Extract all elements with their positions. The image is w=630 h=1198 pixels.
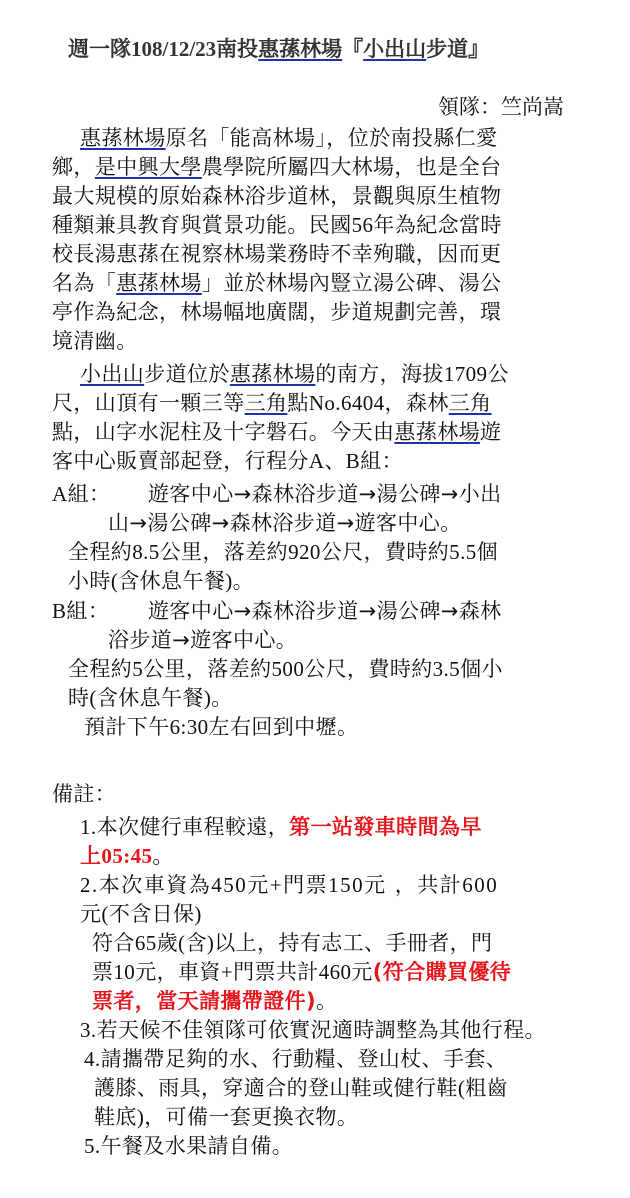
text: 歲	[157, 931, 178, 955]
text: 請攜帶足夠的水、行動糧、登山杖、手套、	[101, 1047, 508, 1071]
highlight-departure: 上	[80, 844, 101, 868]
text: 公里，落差約	[160, 540, 288, 564]
ticket-fee: 150	[328, 873, 364, 897]
group-a-route-1: 遊客中心→森林浴步道→湯公碑→小出	[148, 480, 502, 508]
intro-line-1: 惠蓀林場原名「能高林場」，位於南投縣仁愛	[80, 124, 498, 152]
text: 步道位於	[144, 362, 230, 386]
text: 個小	[460, 657, 503, 681]
return-time: 預計下午6:30左右回到中壢。	[84, 713, 358, 741]
text: 本次車資為	[99, 873, 212, 897]
text: 元，車資	[135, 960, 221, 984]
text: 1.	[80, 815, 97, 839]
text: 3.	[80, 1018, 97, 1042]
text: 組：	[360, 449, 403, 473]
text: 元 ，共計	[364, 873, 462, 897]
text: 本次健行車程較遠，	[97, 815, 290, 839]
text: 個	[477, 540, 498, 564]
intro-line-2: 鄉，是中興大學農學院所屬四大林場，也是全台	[52, 153, 501, 181]
text: 元	[80, 902, 101, 926]
text: 全程約	[68, 540, 132, 564]
duration: 3.5	[433, 657, 460, 681]
title-region: 南投	[216, 37, 258, 61]
title-quote: 』	[468, 37, 489, 61]
text: 若天候不佳領隊可依實況適時調整為其他行程。	[97, 1018, 546, 1042]
text: (	[89, 686, 96, 710]
intro-line-4: 種類兼具教育與賞景功能。民國56年為紀念當時	[52, 211, 502, 239]
age: 65	[135, 931, 157, 955]
text: ，森林	[385, 391, 449, 415]
text: 鞋底	[94, 1105, 137, 1129]
text: 票	[92, 960, 113, 984]
text: 2.	[80, 873, 99, 897]
duration: 5.5	[449, 540, 476, 564]
text: 種類兼具教育與賞景功能。民國	[52, 213, 352, 237]
leader-name: 領隊：竺尚嵩	[438, 93, 564, 121]
highlight-bring-id: 票者，當天請攜帶證件)	[92, 989, 316, 1013]
group-b-info-1: 全程約5公里，落差約500公尺，費時約3.5個小	[68, 655, 503, 683]
title-quote: 『	[342, 37, 363, 61]
text: 5.	[84, 1134, 101, 1158]
text: 4.	[84, 1047, 101, 1071]
intro-line-5: 校長湯惠蓀在視察林場業務時不幸殉職，因而更	[52, 240, 501, 268]
text: 午餐及水果請自備。	[101, 1134, 294, 1158]
text: 門票共計	[233, 960, 319, 984]
note-senior-line-1: 符合65歲(含)以上，持有志工、手冊者，門	[92, 929, 492, 957]
trail-line-4: 客中心販賣部起登，行程分A、B組：	[52, 447, 403, 475]
highlight-bring-id: (符合購買優待	[373, 960, 511, 984]
text: 時	[68, 686, 89, 710]
text: B	[346, 449, 360, 473]
trail-line-1: 小出山步道位於惠蓀林場的南方，海拔1709公	[80, 360, 509, 388]
text: 年為紀念當時	[373, 213, 501, 237]
text: 預計下午	[84, 715, 170, 739]
link-huisun-forest[interactable]: 惠蓀林場	[116, 271, 202, 295]
link-nchu[interactable]: 是中興大學	[95, 155, 202, 179]
altitude: 1709	[444, 362, 488, 386]
distance: 8.5	[132, 540, 159, 564]
note-2-line-1: 2.本次車資為450元+門票150元 ，共計600	[80, 871, 498, 899]
text: )	[225, 569, 232, 593]
text: 含	[185, 931, 206, 955]
elevation: 920	[288, 540, 321, 564]
text: 。	[211, 686, 232, 710]
link-huisun-forest[interactable]: 惠蓀林場	[258, 37, 342, 61]
text: 元	[247, 873, 270, 897]
note-4-line-2: 護膝、雨具，穿適合的登山鞋或健行鞋(粗齒	[94, 1074, 508, 1102]
text: 名為「	[52, 271, 116, 295]
note-4-line-1: 4.請攜帶足夠的水、行動糧、登山杖、手套、	[84, 1045, 507, 1073]
text: )	[194, 902, 201, 926]
note-3: 3.若天候不佳領隊可依實況適時調整為其他行程。	[80, 1016, 546, 1044]
text: 含休息午餐	[97, 686, 204, 710]
group-b-label: B組：	[52, 597, 109, 625]
text: 組：	[66, 599, 109, 623]
total-fee: 600	[462, 873, 498, 897]
group-a-route-2: 山→湯公碑→森林浴步道→遊客中心。	[108, 509, 462, 537]
text: 點，山字水泥柱及十字磐石。今天由	[52, 420, 394, 444]
intro-line-8: 境清幽。	[52, 327, 138, 355]
note-1-line-2: 上05:45。	[80, 842, 174, 870]
bus-fare: 450	[211, 873, 247, 897]
text: 符合	[92, 931, 135, 955]
text: 農學院所屬四大林場，也是全台	[202, 155, 502, 179]
text: 護膝、雨具，穿適合的登山鞋或健行鞋	[94, 1076, 458, 1100]
text: 鄉，	[52, 155, 95, 179]
text: 公尺，費時約	[304, 657, 432, 681]
year: 56	[352, 213, 374, 237]
text: 含休息午餐	[118, 569, 225, 593]
text: ，可備一套更換衣物。	[144, 1105, 358, 1129]
text: A	[52, 482, 68, 506]
text: (	[101, 902, 108, 926]
text: 」並於林場內豎立湯公碑、湯公	[202, 271, 502, 295]
note-5: 5.午餐及水果請自備。	[84, 1132, 293, 1160]
trail-line-2: 尺，山頂有一顆三等三角點No.6404，森林三角	[52, 389, 492, 417]
text: 公尺，費時約	[321, 540, 449, 564]
title-date: 108/12/23	[131, 37, 216, 61]
link-huisun-forest[interactable]: 惠蓀林場	[394, 420, 480, 444]
note-2-line-2: 元(不含日保)	[80, 900, 202, 928]
text: +	[270, 873, 283, 897]
link-huisun-forest[interactable]: 惠蓀林場	[230, 362, 316, 386]
text: 原名「能高林場」，位於南投縣仁愛	[166, 126, 498, 150]
trail-line-3: 點，山字水泥柱及十字磐石。今天由惠蓀林場遊	[52, 418, 501, 446]
text: 、	[324, 449, 345, 473]
departure-time: 05:45	[101, 844, 152, 868]
text: 遊	[480, 420, 501, 444]
intro-line-7: 亭作為紀念，林場幅地廣闊，步道規劃完善，環	[52, 298, 501, 326]
text: B	[52, 599, 66, 623]
text: 。	[316, 989, 337, 1013]
text: 。	[233, 569, 254, 593]
senior-ticket: 10	[113, 960, 135, 984]
text: 公	[487, 362, 508, 386]
text: 粗齒	[465, 1076, 508, 1100]
text: 小時	[68, 569, 111, 593]
text: 組：	[68, 482, 111, 506]
text: 門票	[283, 873, 328, 897]
highlight-departure: 第一站發車時間為早	[289, 815, 482, 839]
group-b-info-2: 時(含休息午餐)。	[68, 684, 233, 712]
text: 點	[287, 391, 308, 415]
text: 全程約	[68, 657, 132, 681]
text: 以上，持有志工、手冊者，門	[214, 931, 492, 955]
time: 6:30	[170, 715, 209, 739]
text: 元	[351, 960, 372, 984]
title-prefix: 週一隊	[68, 37, 131, 61]
text: +	[221, 960, 233, 984]
title-trail-suffix: 步道	[426, 37, 468, 61]
link-xiaochushan[interactable]: 小出山	[363, 37, 426, 61]
link-xiaochushan[interactable]: 小出山	[80, 362, 144, 386]
text: 尺，山頂有一顆三等	[52, 391, 245, 415]
note-4-line-3: 鞋底)，可備一套更換衣物。	[94, 1103, 358, 1131]
text: A	[309, 449, 325, 473]
intro-line-3: 最大規模的原始森林浴步道林，景觀與原生植物	[52, 182, 501, 210]
text: 的南方，海拔	[315, 362, 443, 386]
group-a-info-1: 全程約8.5公里，落差約920公尺，費時約5.5個	[68, 538, 498, 566]
group-b-route-2: 浴步道→遊客中心。	[108, 626, 297, 654]
note-senior-line-2: 票10元，車資+門票共計460元(符合購買優待	[92, 958, 511, 986]
distance: 5	[132, 657, 143, 681]
text: 左右回到中壢。	[209, 715, 359, 739]
text: 客中心販賣部起登，行程分	[52, 449, 309, 473]
note-1-line-1: 1.本次健行車程較遠，第一站發車時間為早	[80, 813, 482, 841]
text: 不含日保	[109, 902, 195, 926]
text: 。	[152, 844, 173, 868]
group-b-route-1: 遊客中心→森林浴步道→湯公碑→森林	[148, 597, 502, 625]
intro-line-6: 名為「惠蓀林場」並於林場內豎立湯公碑、湯公	[52, 269, 501, 297]
elevation: 500	[272, 657, 305, 681]
page-title: 週一隊108/12/23南投惠蓀林場『小出山步道』	[68, 34, 489, 64]
text: 公里，落差約	[143, 657, 271, 681]
senior-total: 460	[319, 960, 352, 984]
note-senior-line-3: 票者，當天請攜帶證件)。	[92, 987, 337, 1015]
point-number: No.6404	[309, 391, 385, 415]
link-huisun-forest[interactable]: 惠蓀林場	[80, 126, 166, 150]
group-a-info-2: 小時(含休息午餐)。	[68, 567, 254, 595]
group-a-label: A組：	[52, 480, 110, 508]
link-triangulation-point[interactable]: 三角	[449, 391, 492, 415]
link-triangulation-point[interactable]: 三角	[245, 391, 288, 415]
notes-heading: 備註：	[52, 780, 116, 808]
